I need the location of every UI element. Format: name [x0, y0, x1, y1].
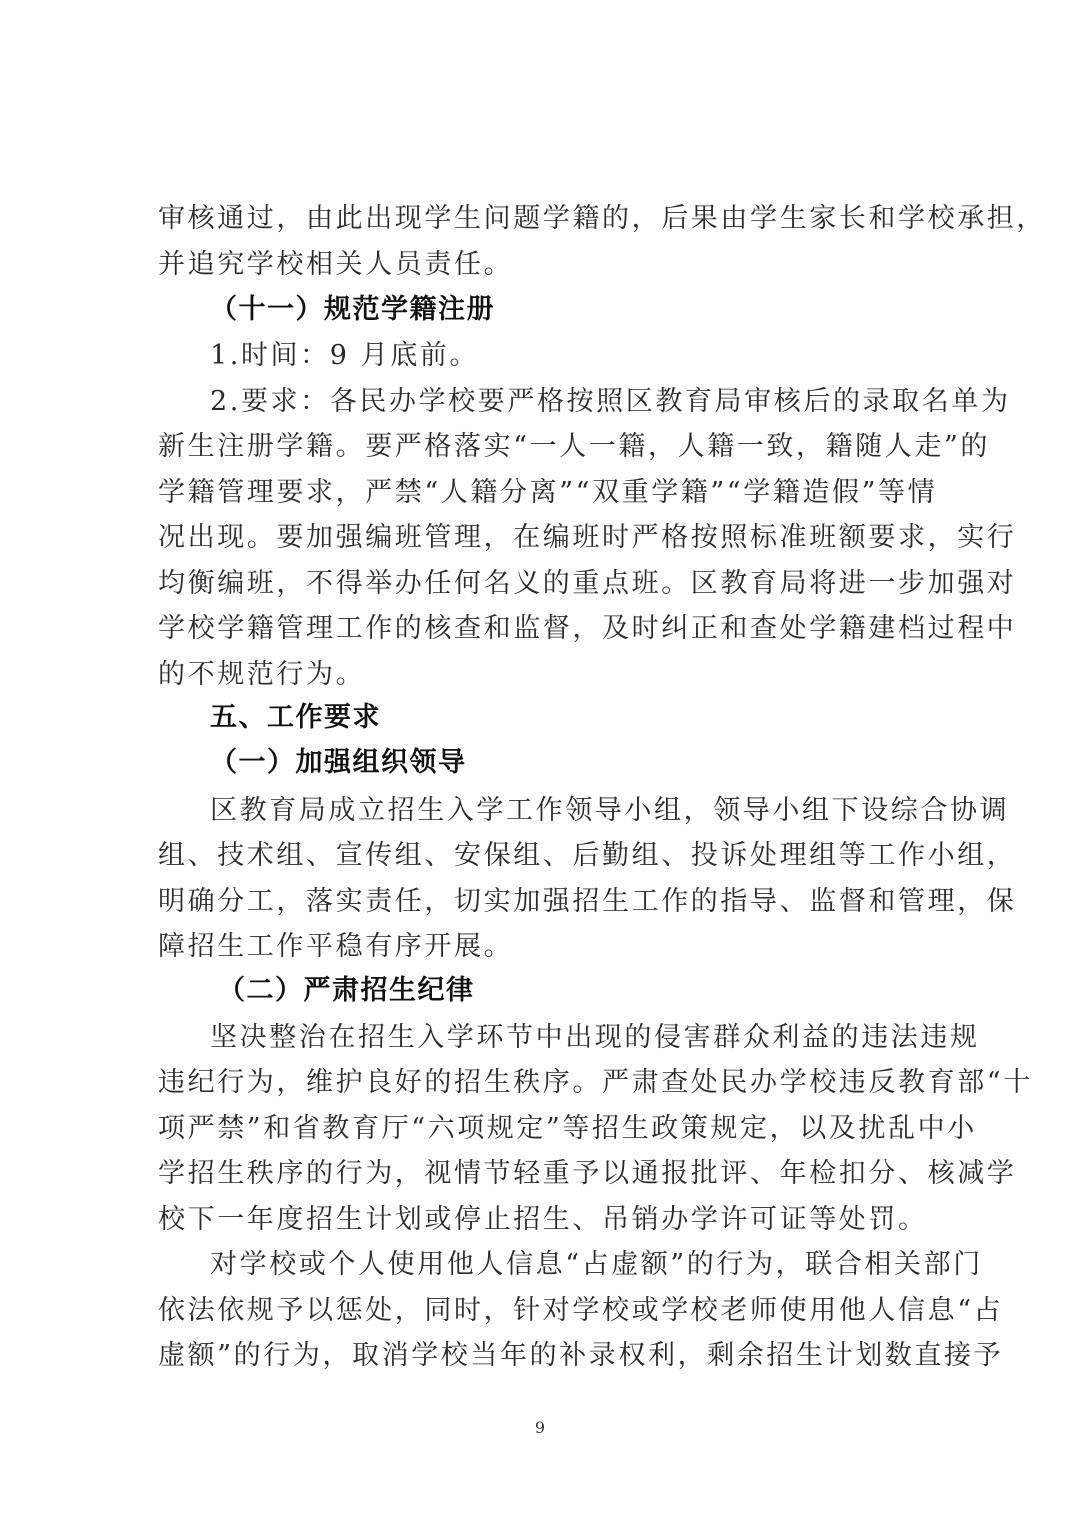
section-subheading: （十一）规范学籍注册 — [210, 295, 938, 325]
paragraph-line: 并追究学校相关人员责任。 — [158, 250, 938, 280]
paragraph-line: 组、技术组、宣传组、安保组、后勤组、投诉处理组等工作小组， — [158, 841, 938, 871]
document-page: 审核通过，由此出现学生问题学籍的，后果由学生家长和学校承担， 并追究学校相关人员… — [0, 0, 1080, 1527]
section-subheading: （一）加强组织领导 — [210, 748, 938, 778]
paragraph-line: 违纪行为，维护良好的招生秩序。严肃查处民办学校违反教育部“十 — [158, 1068, 938, 1098]
paragraph-line: 审核通过，由此出现学生问题学籍的，后果由学生家长和学校承担， — [158, 204, 938, 234]
paragraph-line: 项严禁”和省教育厅“六项规定”等招生政策规定，以及扰乱中小 — [158, 1114, 938, 1144]
section-heading: 五、工作要求 — [210, 703, 938, 733]
section-subheading: （二）严肃招生纪律 — [218, 976, 998, 1006]
paragraph-line: 况出现。要加强编班管理，在编班时严格按照标准班额要求，实行 — [158, 523, 938, 553]
paragraph-line: 明确分工，落实责任，切实加强招生工作的指导、监督和管理，保 — [158, 887, 938, 917]
paragraph-line: 障招生工作平稳有序开展。 — [158, 932, 938, 962]
paragraph-line: 依法依规予以惩处，同时，针对学校或学校老师使用他人信息“占 — [158, 1296, 938, 1326]
paragraph-line: 虚额”的行为，取消学校当年的补录权利，剩余招生计划数直接予 — [158, 1341, 938, 1371]
paragraph-line: 新生注册学籍。要严格落实“一人一籍，人籍一致，籍随人走”的 — [158, 432, 938, 462]
paragraph-line: 坚决整治在招生入学环节中出现的侵害群众利益的违法违规 — [210, 1023, 938, 1053]
paragraph-line: 的不规范行为。 — [158, 660, 938, 690]
paragraph-line: 1.时间：9 月底前。 — [210, 341, 938, 371]
paragraph-line: 学籍管理要求，严禁“人籍分离”“双重学籍”“学籍造假”等情 — [158, 478, 938, 508]
paragraph-line: 学招生秩序的行为，视情节轻重予以通报批评、年检扣分、核减学 — [158, 1159, 938, 1189]
page-number: 9 — [0, 1418, 1080, 1437]
paragraph-line: 校下一年度招生计划或停止招生、吊销办学许可证等处罚。 — [158, 1205, 938, 1235]
paragraph-line: 区教育局成立招生入学工作领导小组，领导小组下设综合协调 — [210, 796, 938, 826]
paragraph-line: 均衡编班，不得举办任何名义的重点班。区教育局将进一步加强对 — [158, 569, 938, 599]
paragraph-line: 对学校或个人使用他人信息“占虚额”的行为，联合相关部门 — [210, 1250, 938, 1280]
paragraph-line: 学校学籍管理工作的核查和监督，及时纠正和查处学籍建档过程中 — [158, 614, 938, 644]
paragraph-line: 2.要求：各民办学校要严格按照区教育局审核后的录取名单为 — [210, 387, 938, 417]
